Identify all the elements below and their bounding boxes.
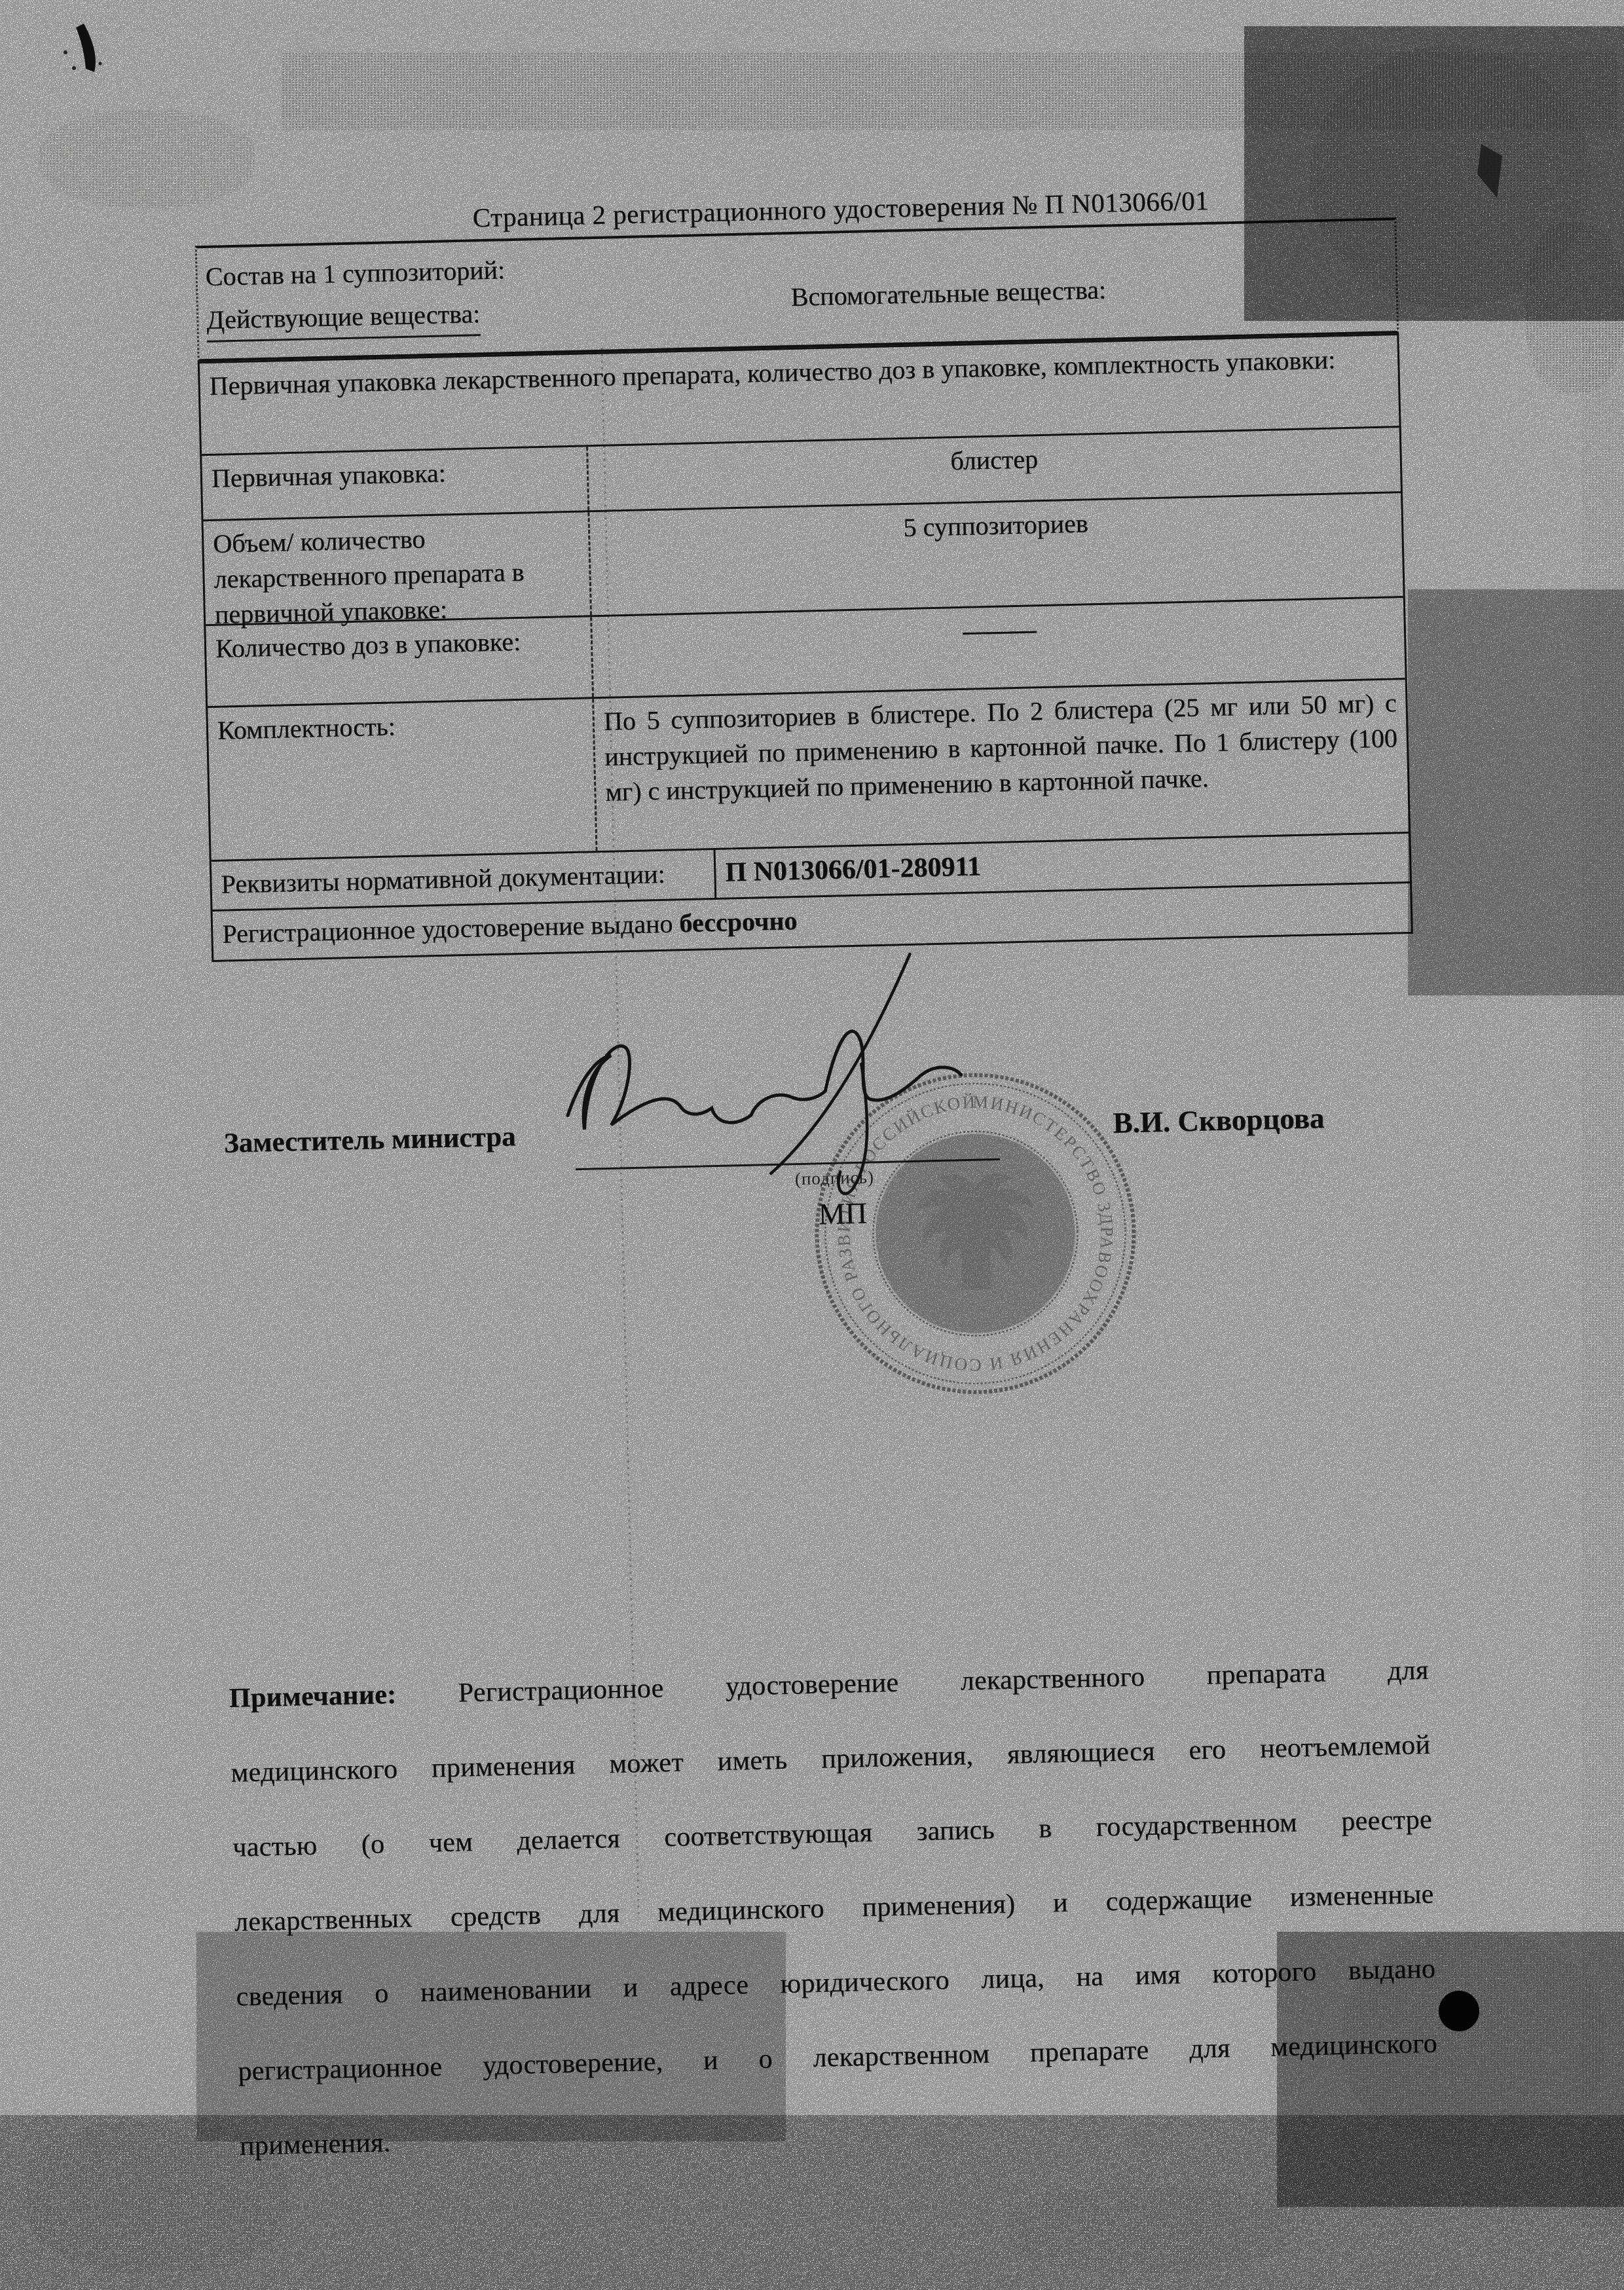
scan-edge-noise bbox=[1581, 327, 1624, 2226]
scan-halftone-patch bbox=[1342, 1932, 1604, 2148]
scan-halftone-patch bbox=[1008, 2187, 1290, 2272]
composition-title: Состав на 1 суппозиторий: bbox=[205, 254, 505, 292]
row-label: Первичная упаковка: bbox=[202, 447, 589, 519]
signer-position-title: Заместитель министра bbox=[223, 1120, 516, 1159]
validity-prefix: Регистрационное удостоверение выдано bbox=[222, 908, 673, 948]
excipients-label: Вспомогательные вещества: bbox=[790, 274, 1106, 312]
row-label: Комплектность: bbox=[208, 699, 597, 860]
active-substances-label: Действующие вещества: bbox=[206, 298, 481, 342]
row-label: Количество доз в упаковке: bbox=[206, 617, 594, 706]
scanned-certificate-page: Страница 2 регистрационного удостоверени… bbox=[0, 0, 1624, 2290]
signer-name: В.И. Скворцова bbox=[1113, 1101, 1325, 1140]
validity-term: бессрочно bbox=[679, 906, 798, 938]
row-value: По 5 суппозиториев в блистере. По 2 блис… bbox=[594, 680, 1409, 851]
stamp-graphic: МИНИСТЕРСТВО ЗДРАВООХРАНЕНИЯ И СОЦИАЛЬНО… bbox=[802, 1061, 1137, 1396]
note-paragraph: Примечание: Регистрационное удостоверени… bbox=[229, 1652, 1439, 2166]
table-row: Комплектность: По 5 суппозиториев в блис… bbox=[208, 678, 1409, 860]
scan-halftone-patch bbox=[39, 110, 255, 208]
scan-halftone-patch bbox=[26, 2122, 288, 2272]
ministry-round-stamp: МИНИСТЕРСТВО ЗДРАВООХРАНЕНИЯ И СОЦИАЛЬНО… bbox=[802, 1061, 1148, 1407]
document-content: Страница 2 регистрационного удостоверени… bbox=[0, 0, 1624, 2290]
packaging-table: Первичная упаковка лекарственного препар… bbox=[198, 333, 1413, 962]
row-value: 5 суппозиториев bbox=[589, 493, 1403, 615]
note-label: Примечание: bbox=[229, 1680, 396, 1714]
row-label: Объем/ количество лекарственного препара… bbox=[204, 512, 593, 624]
